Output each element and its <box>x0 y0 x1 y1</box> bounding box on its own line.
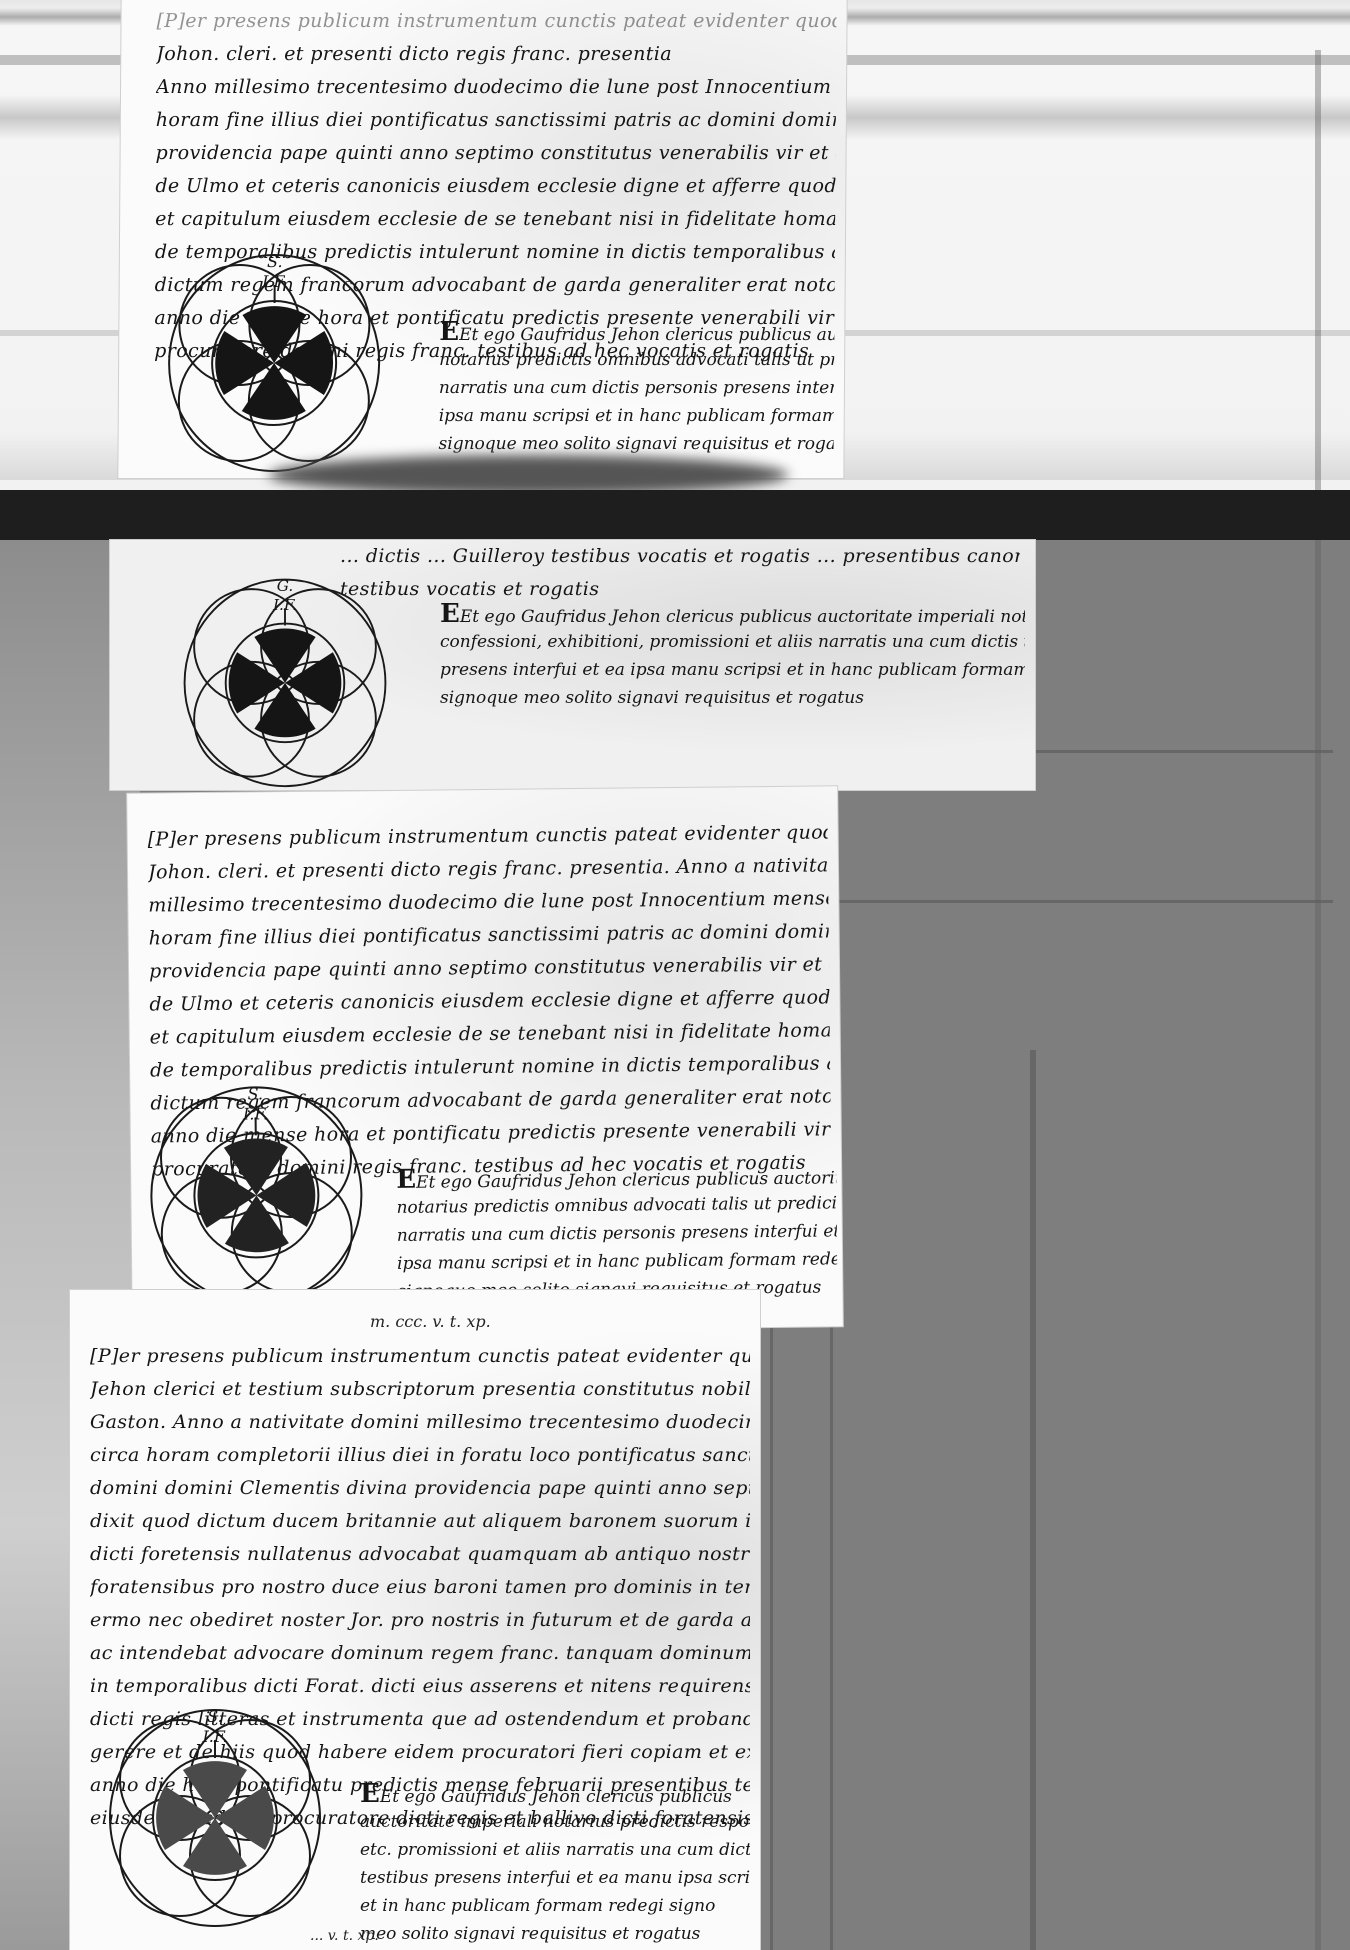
text-line: circa horam completorii illius diei in f… <box>90 1439 750 1472</box>
text-line: Jehon clerici et testium subscriptorum p… <box>90 1373 750 1406</box>
text-line: EEt ego Gaufridus Jehon clericus publicu… <box>439 318 834 346</box>
text-line: EEt ego Gaufridus Jehon clericus publicu… <box>360 1780 750 1808</box>
text-line: signoque meo solito signavi requisitus e… <box>440 684 1025 712</box>
notary-signum-icon: S. I.F. <box>158 245 390 475</box>
text-line: ermo nec obediret noster Jor. pro nostri… <box>90 1604 750 1637</box>
board-frame-line <box>1315 50 1321 1950</box>
text-line: et capitulum eiusdem ecclesie de se tene… <box>155 203 835 236</box>
text-line: Johon. cleri. et presenti dicto regis fr… <box>156 38 836 71</box>
text-line: ipsa manu scripsi et in hanc publicam fo… <box>439 402 834 430</box>
text-line: narratis una cum dictis personis presens… <box>439 374 834 402</box>
notary-subscription: EEt ego Gaufridus Jehon clericus publicu… <box>396 1161 837 1306</box>
svg-text:S.: S. <box>248 1084 264 1103</box>
text-line: Anno millesimo trecentesimo duodecimo di… <box>156 71 836 104</box>
text-line: Gaston. Anno a nativitate domini millesi… <box>90 1406 750 1439</box>
fold-shadow <box>268 455 788 495</box>
parchment-fragment-1: [P]er presens publicum instrumentum cunc… <box>118 0 846 478</box>
text-line: foratensibus pro nostro duce eius baroni… <box>90 1571 750 1604</box>
text-line: dicti foretensis nullatenus advocabat qu… <box>90 1538 750 1571</box>
text-line: etc. promissioni et aliis narratis una c… <box>360 1836 750 1864</box>
parchment-fragment-4: m. ccc. v. t. xp. [P]er presens publicum… <box>70 1290 760 1950</box>
instrument-body-text: ... dictis ... Guilleroy testibus vocati… <box>340 540 1020 606</box>
text-line: dixit quod dictum ducem britannie aut al… <box>90 1505 750 1538</box>
text-line: confessioni, exhibitioni, promissioni et… <box>440 628 1025 656</box>
text-line: ... dictis ... Guilleroy testibus vocati… <box>340 540 1020 573</box>
text-line: EEt ego Gaufridus Jehon clericus publicu… <box>440 600 1025 628</box>
svg-text:I.F.: I.F. <box>261 272 287 291</box>
parchment-fragment-2: ... dictis ... Guilleroy testibus vocati… <box>110 540 1035 790</box>
text-line: in temporalibus dicti Forat. dicti eius … <box>90 1670 750 1703</box>
svg-text:I.F.: I.F. <box>201 1727 227 1746</box>
text-line: domini domini Clementis divina providenc… <box>90 1472 750 1505</box>
notary-signum-icon: S. I.F. <box>100 1700 330 1930</box>
text-line: auctoritate imperiali notarius predictis… <box>360 1808 750 1836</box>
text-line: meo solito signavi requisitus et rogatus <box>360 1920 750 1948</box>
text-line: [P]er presens publicum instrumentum cunc… <box>156 5 836 38</box>
svg-text:S.: S. <box>267 252 283 271</box>
footer-note: ... v. t. xp. <box>310 1928 379 1944</box>
svg-text:I.F.: I.F. <box>242 1104 268 1123</box>
text-line: et in hanc publicam formam redegi signo <box>360 1892 750 1920</box>
text-line: ac intendebat advocare dominum regem fra… <box>90 1637 750 1670</box>
text-line: signoque meo solito signavi requisitus e… <box>438 430 833 458</box>
text-line: notarius predictis omnibus advocati tali… <box>439 346 834 374</box>
dark-divider-band <box>0 490 1350 540</box>
text-line: horam fine illius diei pontificatus sanc… <box>156 104 836 137</box>
text-line: testibus presens interfui et ea manu ips… <box>360 1864 750 1892</box>
text-line: providencia pape quinti anno septimo con… <box>155 137 835 170</box>
svg-text:G.: G. <box>277 577 294 595</box>
text-line: de Ulmo et ceteris canonicis eiusdem ecc… <box>155 170 835 203</box>
text-line: presens interfui et ea ipsa manu scripsi… <box>440 656 1025 684</box>
heading-note: m. ccc. v. t. xp. <box>370 1312 491 1331</box>
notary-subscription: EEt ego Gaufridus Jehon clericus publicu… <box>440 600 1025 712</box>
notary-subscription: EEt ego Gaufridus Jehon clericus publicu… <box>360 1780 750 1948</box>
svg-text:I.F.: I.F. <box>272 596 297 614</box>
svg-text:S.: S. <box>207 1707 222 1726</box>
notary-signum-icon: G. I.F. <box>170 570 400 790</box>
text-line: [P]er presens publicum instrumentum cunc… <box>90 1340 750 1373</box>
notary-subscription: EEt ego Gaufridus Jehon clericus publicu… <box>438 318 834 458</box>
board-frame-line <box>1030 1050 1036 1950</box>
parchment-fragment-3: [P]er presens publicum instrumentum cunc… <box>127 786 843 1333</box>
board-frame-line <box>830 900 1333 1950</box>
notary-signum-icon: S. I.F. <box>140 1076 372 1308</box>
